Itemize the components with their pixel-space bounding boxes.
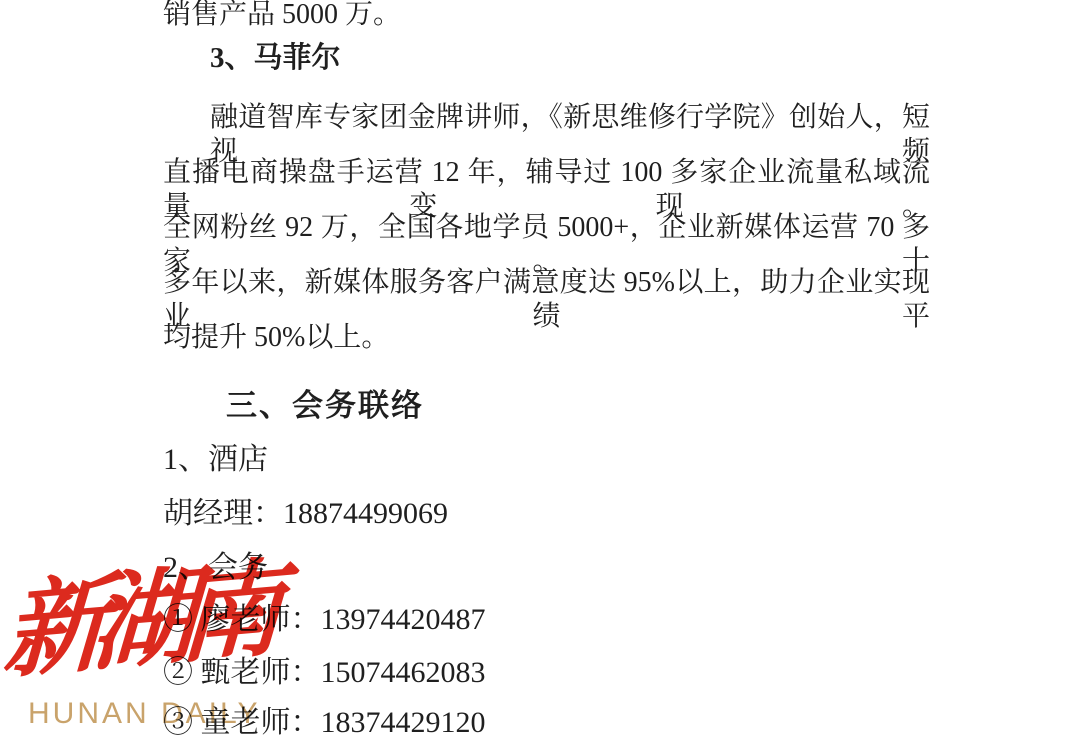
contact-item-teacher-zhen-phone: ② 甄老师：15074462083 — [163, 654, 486, 692]
section-heading: 三、会务联络 — [226, 387, 424, 425]
intro-line: 销售产品 5000 万。 — [163, 0, 401, 32]
contact-item-teacher-liao-phone: ① 廖老师：13974420487 — [163, 601, 486, 639]
contact-item-conference: 2、会务 — [163, 549, 268, 587]
speaker-heading: 3、马菲尔 — [210, 41, 341, 75]
contact-item-teacher-tong-phone: ③ 童老师：18374429120 — [163, 704, 486, 742]
speaker-paragraph-line: 均提升 50%以上。 — [163, 321, 930, 355]
contact-item-hotel: 1、酒店 — [163, 441, 268, 479]
document-page: 销售产品 5000 万。 3、马菲尔 融道智库专家团金牌讲师，《新思维修行学院》… — [0, 0, 1080, 742]
contact-item-hotel-manager-phone: 胡经理：18874499069 — [163, 495, 448, 533]
